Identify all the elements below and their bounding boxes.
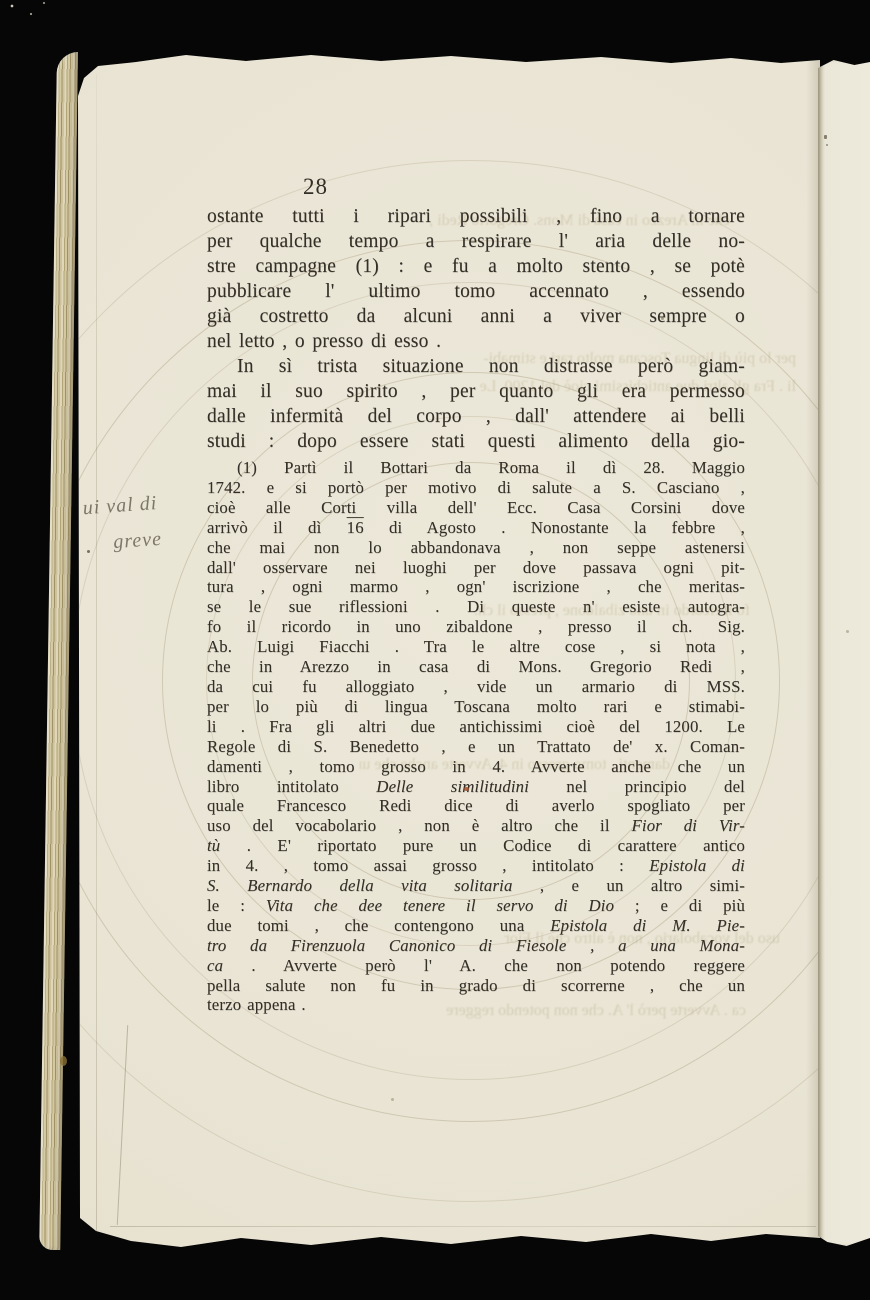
text-line: cioè alle Corti villa dell' Ecc. Casa Co…: [207, 498, 745, 518]
text-line: (1) Partì il Bottari da Roma il dì 28. M…: [207, 458, 745, 478]
text-line: per lo più di lingua Toscana molto rari …: [207, 697, 745, 717]
ink-speck: [826, 144, 828, 146]
text-line: terzo appena .: [207, 995, 745, 1015]
text-line: ostante tutti i ripari possibili , fino …: [207, 204, 745, 229]
page-number: 28: [303, 174, 328, 200]
footnote-text: (1) Partì il Bottari da Roma il dì 28. M…: [207, 458, 745, 1015]
text-line: in 4. , tomo assai grosso , intitolato :…: [207, 856, 745, 876]
text-line: dall' osservare nei luoghi per dove pass…: [207, 558, 745, 578]
text-line: S. Bernardo della vita solitaria , e un …: [207, 876, 745, 896]
text-line: tura , ogni marmo , ogn' iscrizione , ch…: [207, 577, 745, 597]
foxing-speck: [661, 317, 664, 320]
text-line: che in Arezzo in casa di Mons. Gregorio …: [207, 657, 745, 677]
gutter-shadow: [806, 50, 820, 1250]
text-line: uso del vocabolario , non è altro che il…: [207, 816, 745, 836]
text-line: pubblicare l' ultimo tomo accennato , es…: [207, 279, 745, 304]
text-line: mai il suo spirito , per quanto gli era …: [207, 379, 745, 404]
book-scan: che in Arezzo in casa di Mons. Gregorio …: [0, 0, 870, 1300]
text-line: Ab. Luigi Fiacchi . Tra le altre cose , …: [207, 637, 745, 657]
adjacent-page-edge: [818, 60, 870, 1246]
text-line: quale Francesco Redi dice di averlo spog…: [207, 796, 745, 816]
text-line: nel letto , o presso di esso .: [207, 329, 745, 354]
text-line: le : Vita che dee tenere il servo di Dio…: [207, 896, 745, 916]
book-page: che in Arezzo in casa di Mons. Gregorio …: [76, 50, 820, 1250]
text-line: In sì trista situazione non distrasse pe…: [207, 354, 745, 379]
text-line: 1742. e si portò per motivo di salute a …: [207, 478, 745, 498]
paper-crease: [96, 74, 97, 1234]
text-line: che mai non lo abbandonava , non seppe a…: [207, 538, 745, 558]
book-fore-edge: [39, 52, 78, 1250]
text-line: tro da Firenzuola Canonico di Fiesole , …: [207, 936, 745, 956]
ink-speck: [846, 630, 849, 633]
text-line: studi : dopo essere stati questi aliment…: [207, 429, 745, 454]
text-line: due tomi , che contengono una Epistola d…: [207, 916, 745, 936]
foxing-speck: [464, 787, 469, 791]
text-line: tù . E' riportato pure un Codice di cara…: [207, 836, 745, 856]
text-line: ca . Avverte però l' A. che non potendo …: [207, 956, 745, 976]
text-line: li . Fra gli altri due antichissimi cioè…: [207, 717, 745, 737]
body-text: ostante tutti i ripari possibili , fino …: [207, 204, 745, 454]
text-line: per qualche tempo a respirare l' aria de…: [207, 229, 745, 254]
text-line: Regole di S. Benedetto , e un Trattato d…: [207, 737, 745, 757]
paper-crease: [110, 1226, 816, 1227]
text-line: dalle infermità del corpo , dall' attend…: [207, 404, 745, 429]
text-line: da cui fu alloggiato , vide un armario d…: [207, 677, 745, 697]
foxing-speck: [391, 1098, 394, 1101]
text-line: arrivò il dì 16 di Agosto . Nonostante l…: [207, 518, 745, 538]
text-line: pella salute non fu in grado di scorrern…: [207, 976, 745, 996]
fore-edge-stain: [60, 1056, 67, 1066]
text-line: già costretto da alcuni anni a viver sem…: [207, 304, 745, 329]
text-line: libro intitolato Delle similitudini nel …: [207, 777, 745, 797]
pencil-mark: [87, 550, 90, 553]
text-line: fo il ricordo in uno zibaldone , presso …: [207, 617, 745, 637]
text-line: se le sue riflessioni . Di queste n' esi…: [207, 597, 745, 617]
text-line: stre campagne (1) : e fu a molto stento …: [207, 254, 745, 279]
text-line: damenti , tomo grosso in 4. Avverte anch…: [207, 757, 745, 777]
ink-speck: [824, 135, 827, 139]
pencil-marginalia: ui val di greve: [82, 482, 207, 562]
